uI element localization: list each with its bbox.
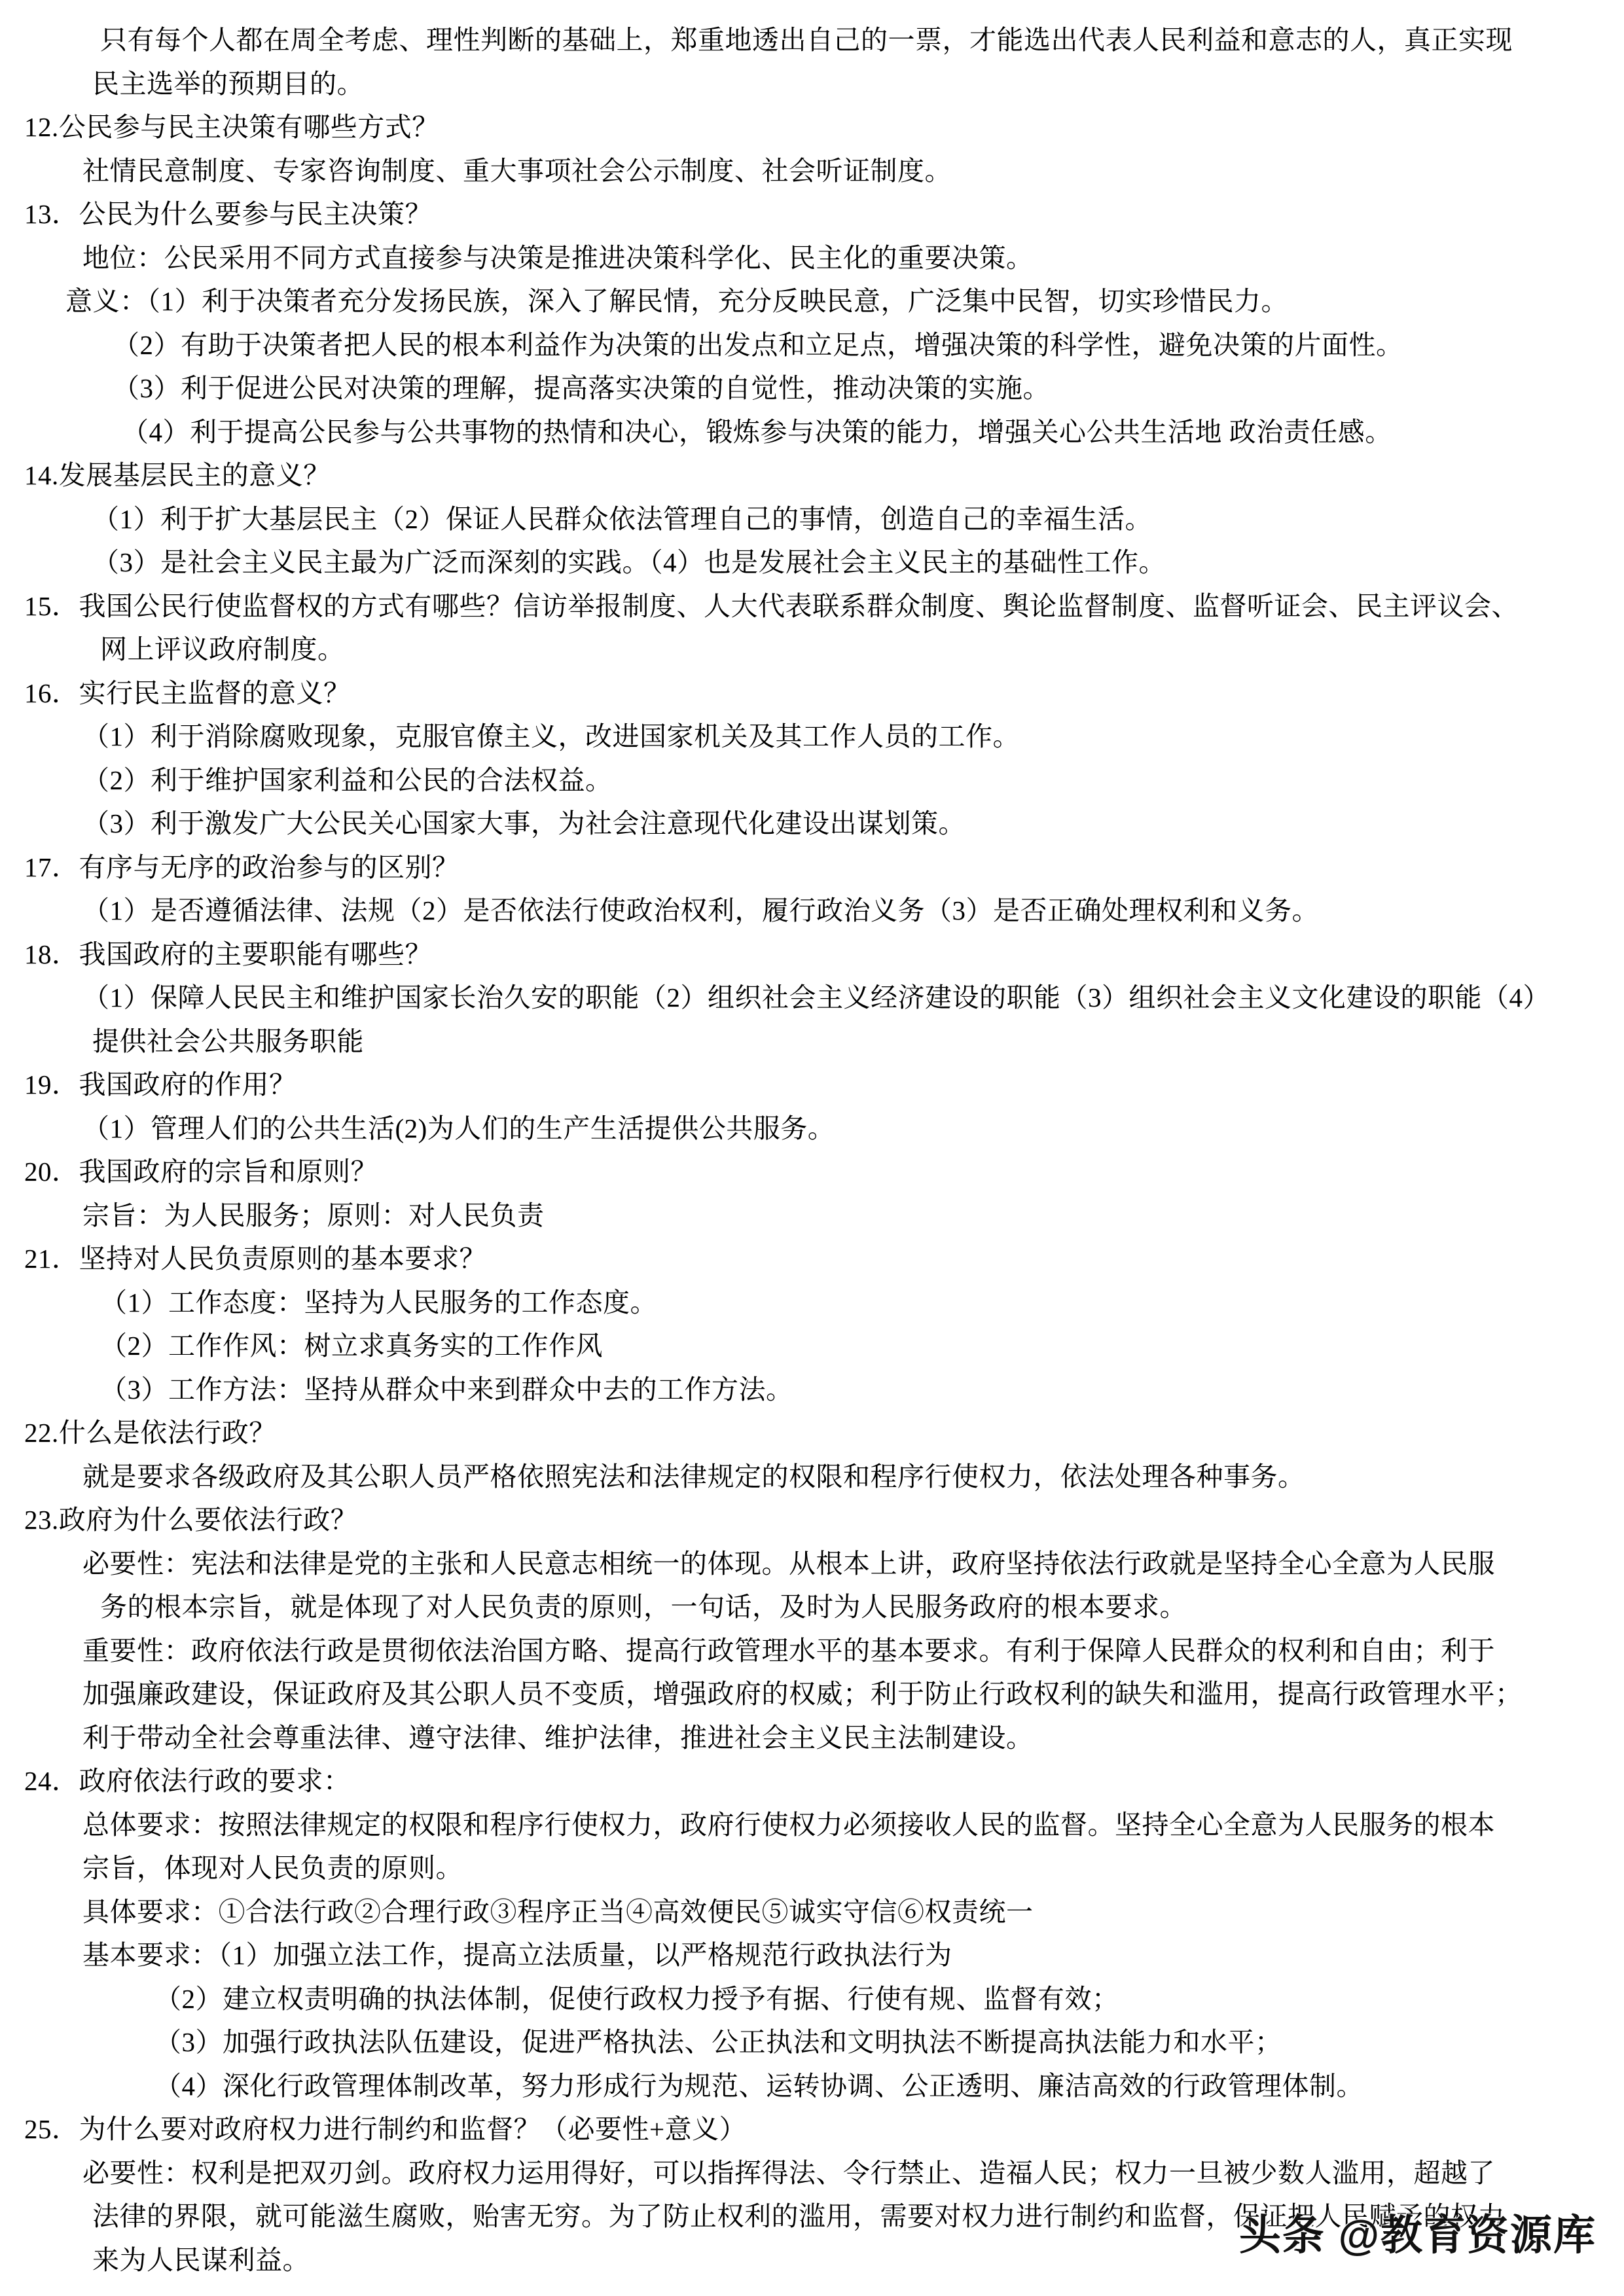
text-line: 19．我国政府的作用？	[0, 1063, 1624, 1107]
text-line: （2）工作作风：树立求真务实的工作作风	[0, 1324, 1624, 1368]
text-line: 23.政府为什么要依法行政？	[0, 1498, 1624, 1542]
document-body: 只有每个人都在周全考虑、理性判断的基础上，郑重地透出自己的一票，才能选出代表人民…	[0, 18, 1624, 2282]
document-page: 只有每个人都在周全考虑、理性判断的基础上，郑重地透出自己的一票，才能选出代表人民…	[0, 0, 1624, 2296]
text-line: 必要性：宪法和法律是党的主张和人民意志相统一的体现。从根本上讲，政府坚持依法行政…	[0, 1542, 1624, 1586]
text-line: 民主选举的预期目的。	[0, 62, 1624, 106]
text-line: （1）利于扩大基层民主（2）保证人民群众依法管理自己的事情，创造自己的幸福生活。	[0, 497, 1624, 541]
text-line: （4）深化行政管理体制改革，努力形成行为规范、运转协调、公正透明、廉洁高效的行政…	[0, 2064, 1624, 2108]
text-line: 就是要求各级政府及其公职人员严格依照宪法和法律规定的权限和程序行使权力，依法处理…	[0, 1455, 1624, 1499]
text-line: 20．我国政府的宗旨和原则？	[0, 1150, 1624, 1194]
text-line: 17．有序与无序的政治参与的区别？	[0, 846, 1624, 889]
text-line: （2）建立权责明确的执法体制，促使行政权力授予有据、行使有规、监督有效；	[0, 1977, 1624, 2021]
text-line: 21．坚持对人民负责原则的基本要求？	[0, 1237, 1624, 1281]
text-line: 13．公民为什么要参与民主决策？	[0, 192, 1624, 236]
text-line: 18．我国政府的主要职能有哪些？	[0, 933, 1624, 977]
text-line: （1）利于消除腐败现象，克服官僚主义，改进国家机关及其工作人员的工作。	[0, 715, 1624, 759]
text-line: 14.发展基层民主的意义？	[0, 454, 1624, 497]
text-line: 基本要求：（1）加强立法工作，提高立法质量，以严格规范行政执法行为	[0, 1933, 1624, 1977]
text-line: 25．为什么要对政府权力进行制约和监督？（必要性+意义）	[0, 2108, 1624, 2151]
text-line: （3）加强行政执法队伍建设，促进严格执法、公正执法和文明执法不断提高执法能力和水…	[0, 2020, 1624, 2064]
text-line: 利于带动全社会尊重法律、遵守法律、维护法律，推进社会主义民主法制建设。	[0, 1716, 1624, 1760]
text-line: （4）利于提高公民参与公共事物的热情和决心，锻炼参与决策的能力，增强关心公共生活…	[0, 410, 1624, 454]
text-line: （1）管理人们的公共生活(2)为人们的生产生活提供公共服务。	[0, 1107, 1624, 1151]
text-line: 地位：公民采用不同方式直接参与决策是推进决策科学化、民主化的重要决策。	[0, 236, 1624, 280]
text-line: （1）是否遵循法律、法规（2）是否依法行使政治权利，履行政治义务（3）是否正确处…	[0, 889, 1624, 933]
text-line: （3）利于激发广大公民关心国家大事，为社会注意现代化建设出谋划策。	[0, 802, 1624, 846]
text-line: 12.公民参与民主决策有哪些方式？	[0, 105, 1624, 149]
text-line: （3）是社会主义民主最为广泛而深刻的实践。（4）也是发展社会主义民主的基础性工作…	[0, 541, 1624, 584]
text-line: 15．我国公民行使监督权的方式有哪些？信访举报制度、人大代表联系群众制度、舆论监…	[0, 584, 1624, 628]
watermark: 头条 @教育资源库	[1239, 2202, 1597, 2262]
text-line: 22.什么是依法行政？	[0, 1411, 1624, 1455]
text-line: 重要性：政府依法行政是贯彻依法治国方略、提高行政管理水平的基本要求。有利于保障人…	[0, 1629, 1624, 1673]
text-line: （2）利于维护国家利益和公民的合法权益。	[0, 759, 1624, 802]
text-line: 宗旨，体现对人民负责的原则。	[0, 1846, 1624, 1890]
text-line: 必要性：权利是把双刃剑。政府权力运用得好，可以指挥得法、令行禁止、造福人民；权力…	[0, 2151, 1624, 2195]
text-line: （2）有助于决策者把人民的根本利益作为决策的出发点和立足点，增强决策的科学性，避…	[0, 323, 1624, 367]
text-line: 社情民意制度、专家咨询制度、重大事项社会公示制度、社会听证制度。	[0, 149, 1624, 193]
text-line: 网上评议政府制度。	[0, 628, 1624, 672]
text-line: （3）利于促进公民对决策的理解，提高落实决策的自觉性，推动决策的实施。	[0, 367, 1624, 410]
text-line: 只有每个人都在周全考虑、理性判断的基础上，郑重地透出自己的一票，才能选出代表人民…	[0, 18, 1624, 62]
text-line: （1）工作态度：坚持为人民服务的工作态度。	[0, 1281, 1624, 1325]
text-line: （1）保障人民民主和维护国家长治久安的职能（2）组织社会主义经济建设的职能（3）…	[0, 976, 1624, 1020]
text-line: 宗旨：为人民服务；原则：对人民负责	[0, 1194, 1624, 1238]
text-line: 加强廉政建设，保证政府及其公职人员不变质，增强政府的权威；利于防止行政权利的缺失…	[0, 1672, 1624, 1716]
text-line: 16．实行民主监督的意义？	[0, 672, 1624, 715]
text-line: 提供社会公共服务职能	[0, 1020, 1624, 1064]
text-line: 意义：（1）利于决策者充分发扬民族，深入了解民情，充分反映民意，广泛集中民智，切…	[0, 279, 1624, 323]
text-line: 24．政府依法行政的要求：	[0, 1759, 1624, 1803]
text-line: 总体要求：按照法律规定的权限和程序行使权力，政府行使权力必须接收人民的监督。坚持…	[0, 1803, 1624, 1847]
text-line: 务的根本宗旨，就是体现了对人民负责的原则，一句话，及时为人民服务政府的根本要求。	[0, 1585, 1624, 1629]
text-line: （3）工作方法：坚持从群众中来到群众中去的工作方法。	[0, 1368, 1624, 1412]
text-line: 具体要求：①合法行政②合理行政③程序正当④高效便民⑤诚实守信⑥权责统一	[0, 1890, 1624, 1934]
